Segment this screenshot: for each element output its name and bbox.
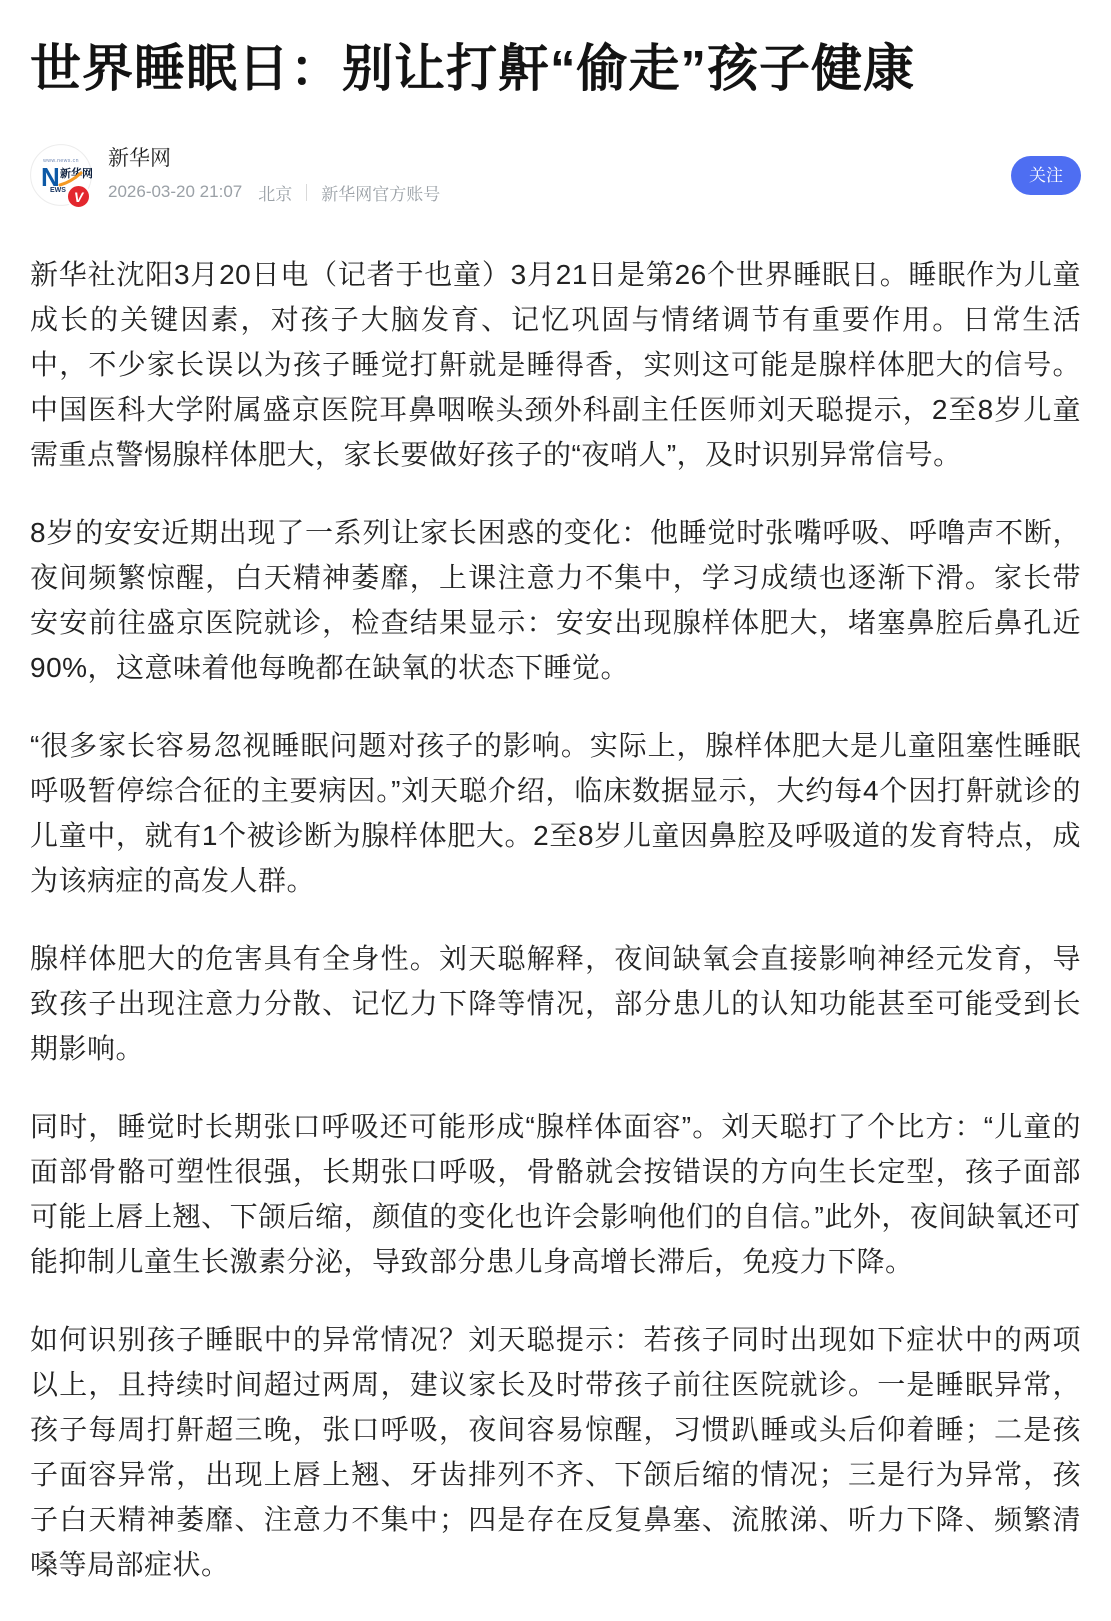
logo-ews-text: EWS bbox=[50, 187, 66, 194]
author-meta: 2026-03-20 21:07 北京 新华网官方账号 bbox=[108, 180, 440, 205]
article-paragraph: 新华社沈阳3月20日电（记者于也童）3月21日是第26个世界睡眠日。睡眠作为儿童… bbox=[30, 252, 1081, 477]
publish-time: 2026-03-20 21:07 bbox=[108, 182, 242, 202]
article-paragraph: 同时，睡觉时长期张口呼吸还可能形成“腺样体面容”。刘天聪打了个比方：“儿童的面部… bbox=[30, 1104, 1081, 1284]
meta-divider bbox=[306, 184, 307, 201]
author-info: 新华网 2026-03-20 21:07 北京 新华网官方账号 bbox=[108, 146, 440, 205]
article-body: 新华社沈阳3月20日电（记者于也童）3月21日是第26个世界睡眠日。睡眠作为儿童… bbox=[30, 252, 1081, 1587]
official-account-label: 新华网官方账号 bbox=[321, 180, 440, 205]
author-name[interactable]: 新华网 bbox=[108, 146, 440, 171]
follow-button[interactable]: 关注 bbox=[1011, 156, 1081, 195]
article-paragraph: 腺样体肥大的危害具有全身性。刘天聪解释，夜间缺氧会直接影响神经元发育，导致孩子出… bbox=[30, 936, 1081, 1071]
article-paragraph: 如何识别孩子睡眠中的异常情况？刘天聪提示：若孩子同时出现如下症状中的两项以上，且… bbox=[30, 1317, 1081, 1587]
publish-location: 北京 bbox=[258, 180, 292, 205]
author-bar: www.news.cn N EWS 新华网 V 新华网 2026-03-20 2… bbox=[30, 144, 1081, 206]
article-paragraph: 8岁的安安近期出现了一系列让家长困惑的变化：他睡觉时张嘴呼吸、呼噜声不断，夜间频… bbox=[30, 510, 1081, 690]
article-page: 世界睡眠日：别让打鼾“偷走”孩子健康 www.news.cn N EWS 新华网… bbox=[0, 0, 1111, 1617]
author-avatar[interactable]: www.news.cn N EWS 新华网 V bbox=[30, 144, 92, 206]
article-paragraph: “很多家长容易忽视睡眠问题对孩子的影响。实际上，腺样体肥大是儿童阻塞性睡眠呼吸暂… bbox=[30, 723, 1081, 903]
article-title: 世界睡眠日：别让打鼾“偷走”孩子健康 bbox=[30, 38, 1081, 100]
